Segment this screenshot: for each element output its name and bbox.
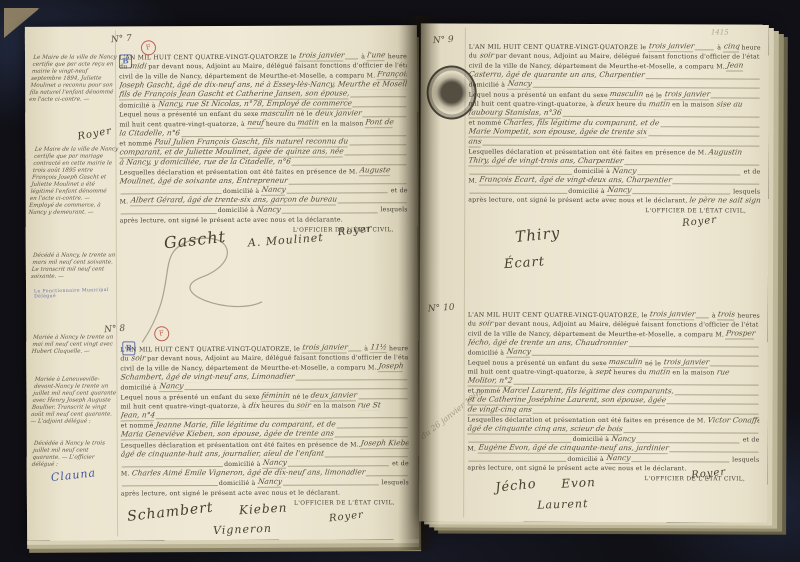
handwritten-text: féminin: [261, 392, 291, 402]
printed-text: Lequel nous a présenté un enfant du sexe: [120, 393, 261, 402]
handwritten-text: Charles Aimé Émile Vigneron, âgé de dix-…: [131, 468, 366, 479]
handwritten-text: Charles, fils légitime du comparant, et …: [503, 119, 660, 129]
signature-thiry: Thiry: [514, 224, 561, 246]
text-line: Thiry, âgé de vingt-trois ans, Charpenti…: [468, 157, 760, 168]
handwritten-text: masculin: [260, 109, 295, 119]
margin-note-legitimation: Le Maire de la ville de Nancy certifie q…: [28, 146, 119, 216]
printed-text: domicilié à: [567, 455, 606, 463]
printed-text: après lecture, ont signé le présent acte…: [467, 465, 686, 474]
text-line: domicilié à Nancy: [468, 348, 760, 359]
blank-rule: [286, 193, 387, 194]
left-page: N° 7 B F Le Maire de la ville de Nancy c…: [25, 25, 419, 541]
blank-rule: [352, 106, 406, 107]
printed-text: lesquels: [379, 479, 408, 487]
act-9-text: L'AN MIL HUIT CENT QUATRE-VINGT-QUATORZE…: [468, 42, 761, 206]
blank-rule: [345, 154, 407, 155]
blank-rule: [695, 49, 714, 50]
handwritten-text: Nancy: [256, 205, 281, 215]
handwritten-text: trois janvier: [649, 310, 696, 320]
text-line: après lecture, ont signé le présent acte…: [121, 487, 409, 498]
handwritten-text: à Nancy, y domiciliée, rue de la Citadel…: [119, 157, 291, 167]
act-9: L'AN MIL HUIT CENT QUATRE-VINGT-QUATORZE…: [468, 42, 761, 215]
handwritten-text: Marie Nompetit, son épouse, âgée de tren…: [468, 128, 647, 138]
printed-text: domicilié à: [469, 82, 508, 90]
handwritten-text: trois janvier: [663, 358, 710, 368]
printed-text: et nommé: [469, 120, 504, 128]
printed-text: M.: [467, 445, 478, 453]
handwritten-text: matin: [297, 119, 320, 129]
text-line: Marie Nompetit, son épouse, âgée de tren…: [468, 128, 760, 139]
handwritten-text: soir: [478, 319, 494, 329]
blank-rule: [325, 456, 408, 457]
text-line: L'AN MIL HUIT CENT QUATRE-VINGT-QUATORZE…: [119, 51, 407, 62]
signature-officer-act9: Royer: [682, 215, 718, 229]
printed-text: né le: [294, 111, 315, 119]
signature-evon: Evon: [561, 475, 596, 491]
printed-text: lesquels: [731, 188, 760, 196]
handwritten-text: Marcel Laurent, fils légitime des compar…: [502, 387, 675, 397]
printed-text: Lequel nous a présenté un enfant du sexe: [469, 91, 610, 99]
blank-rule: [533, 413, 759, 415]
handwritten-text: Nancy: [261, 186, 286, 196]
corner-pencil-note: 1415: [711, 28, 729, 36]
handwritten-text: 11½: [370, 343, 388, 353]
blank-rule: [696, 317, 709, 318]
signature-kieben: Kieben: [239, 500, 288, 517]
signature-officer-act8: Royer: [329, 510, 365, 525]
text-line: de vingt-cinq ans: [468, 405, 760, 416]
handwritten-text: trois janvier: [648, 42, 695, 52]
signature-vigneron: Vigneron: [213, 522, 272, 537]
blank-rule: [513, 384, 758, 386]
blank-rule: [660, 126, 759, 127]
blank-rule: [349, 145, 406, 146]
handwritten-text: âgé de cinquante cinq ans, scieur de boi…: [467, 425, 623, 435]
printed-text: et nommé: [468, 388, 503, 396]
handwritten-text: dix: [248, 401, 261, 411]
handwritten-text: deux janvier: [314, 109, 362, 119]
printed-text: par devant nous, Adjoint au Maire, délég…: [145, 354, 408, 363]
margin-note-marriage-1: Mariée à Nancy le trente un mai mil neuf…: [31, 334, 117, 355]
act-10-number: N° 10: [428, 303, 455, 315]
handwritten-text: Jean: [726, 62, 744, 72]
text-line: du midi par devant nous, Adjoint au Mair…: [119, 61, 407, 72]
printed-text: par devant nous, Adjoint au Maire, délég…: [146, 62, 407, 71]
text-line: L'AN MIL HUIT CENT QUATRE-VINGT-QUATORZE…: [468, 310, 760, 321]
blank-rule: [337, 427, 408, 428]
printed-text: en la maison: [670, 101, 716, 109]
blank-rule: [362, 116, 406, 117]
blank-rule: [350, 97, 406, 98]
printed-text: après lecture, ont signé le présent acte…: [468, 197, 689, 206]
handwritten-text: Nancy: [606, 186, 631, 196]
printed-text: heures du: [611, 369, 649, 377]
act-9-number: N° 9: [433, 35, 455, 46]
handwritten-text: la Citadelle, n°6: [119, 129, 180, 139]
blank-rule: [531, 355, 758, 357]
printed-text: par devant nous, Adjoint au Maire, délég…: [492, 321, 758, 330]
handwritten-text: deux: [596, 100, 615, 110]
signature-moulinet: A. Moulinet: [247, 231, 324, 250]
handwritten-text: soir: [130, 354, 145, 364]
printed-text: en la maison: [670, 369, 716, 377]
printed-text: domicilié à: [219, 480, 258, 488]
printed-text: heures du: [260, 403, 298, 411]
text-line: Lequel nous a présenté un enfant du sexe…: [468, 358, 760, 369]
blank-rule: [122, 485, 218, 486]
handwritten-text: de vingt-cinq ans: [468, 406, 533, 416]
printed-text: en la maison: [319, 120, 365, 128]
handwritten-text: Nancy: [612, 167, 637, 177]
handwritten-text: comparant, et de Juliette Moulinet, âgée…: [119, 147, 344, 157]
printed-text: heure: [386, 53, 407, 61]
text-line: âgé de cinquante cinq ans, scieur de boi…: [467, 425, 759, 436]
blank-rule: [469, 173, 572, 174]
handwritten-text: Joseph: [378, 362, 404, 372]
text-line: M. François Écart, âgé de vingt-deux ans…: [468, 176, 760, 187]
blank-rule: [281, 212, 377, 213]
handwritten-text: Jécho, âgé de trente un ans, Chaudronnie…: [468, 338, 628, 348]
handwritten-text: Nancy: [158, 383, 183, 393]
handwritten-text: matin: [648, 368, 671, 378]
blank-rule: [673, 184, 760, 185]
handwritten-text: Auguste: [359, 166, 391, 176]
text-line: Lesquelles déclaration et présentation o…: [119, 166, 407, 177]
text-line: après lecture, ont signé le présent acte…: [468, 195, 760, 206]
right-page: 1415 N° 9 L'AN MIL HUIT CENT QUATRE-VING…: [419, 23, 769, 522]
handwritten-text: soir: [479, 51, 495, 61]
blank-rule: [349, 350, 362, 351]
blank-rule: [646, 78, 760, 79]
printed-text: domicilié à: [568, 187, 607, 195]
printed-text: par devant nous, Adjoint au Maire, délég…: [493, 53, 759, 62]
printed-text: domicilié à: [468, 350, 507, 358]
blank-rule: [338, 202, 407, 203]
blank-rule: [468, 441, 571, 442]
printed-text: après lecture, ont signé le présent acte…: [120, 216, 343, 225]
blank-rule: [628, 346, 758, 347]
handwritten-text: ans: [468, 138, 482, 148]
handwritten-text: soir: [296, 401, 311, 411]
text-line: Lequel nous a présenté un enfant du sexe…: [469, 90, 761, 101]
handwritten-text: trois janvier: [664, 90, 711, 100]
handwritten-text: Augustin: [708, 148, 743, 158]
handwritten-text: Nancy: [506, 348, 531, 358]
handwritten-text: faubourg Stanislas, n°36: [469, 109, 563, 119]
margin-note-marriage-2: Mariée à Laneuveville-devant-Nancy le tr…: [30, 376, 119, 425]
delegate-signature-blue: Clauna: [50, 466, 96, 484]
handwritten-text: Nancy: [262, 459, 287, 469]
printed-text: et de: [389, 187, 408, 195]
handwritten-text: Eugène Evon, âgé de cinquante-neuf ans, …: [478, 444, 670, 454]
margin-note-recognition: Le Maire de la ville de Nancy certifie q…: [29, 54, 118, 103]
printed-text: du: [120, 356, 131, 364]
handwritten-text: neuf: [246, 119, 264, 129]
handwritten-text: Jean, n°4: [121, 412, 156, 422]
printed-text: heure du: [264, 120, 298, 128]
printed-text: mil huit cent quatre-vingt-quatorze, à: [121, 403, 249, 412]
handwritten-text: Victor Conaffé: [707, 416, 759, 426]
printed-text: domicilié à: [573, 436, 612, 444]
printed-text: L'AN MIL HUIT CENT QUATRE-VINGT-QUATORZE…: [468, 311, 650, 320]
blank-rule: [562, 116, 759, 118]
handwritten-text: Molitor, n°2: [468, 377, 513, 387]
handwritten-text: Prosper: [726, 330, 757, 340]
handwritten-text: l'une: [367, 51, 387, 61]
printed-text: L'AN MIL HUIT CENT QUATRE-VINGT-QUATORZE…: [119, 53, 299, 62]
printed-text: et de: [390, 460, 409, 468]
printed-text: M.: [120, 198, 131, 206]
margin-signature: Royer: [77, 126, 113, 143]
printed-text: et de: [741, 437, 760, 445]
text-line: domicilié à Nancy: [469, 80, 761, 91]
blank-rule: [675, 394, 759, 395]
blank-rule: [631, 461, 729, 462]
handwritten-text: François Écart, âgé de vingt-deux ans, C…: [479, 176, 673, 186]
printed-text: domicilié à: [120, 384, 159, 392]
blank-rule: [468, 461, 566, 462]
printed-text: L'AN MIL HUIT CENT QUATRE-VINGT-QUATORZE…: [469, 43, 649, 52]
handwritten-text: Nancy: [507, 80, 532, 90]
text-line: du soir par devant nous, Adjoint au Mair…: [120, 353, 408, 364]
handwritten-text: sise au: [716, 100, 743, 110]
printed-text: lesquels: [378, 206, 407, 214]
blank-rule: [282, 485, 378, 486]
handwritten-text: trois janvier: [298, 52, 345, 62]
blank-rule: [636, 442, 739, 443]
printed-text: domicilié à: [224, 461, 263, 469]
blank-rule: [624, 164, 759, 165]
printed-text: domicilié à: [218, 207, 257, 215]
printed-text: en la maison: [311, 403, 357, 411]
handwritten-text: sept: [595, 368, 612, 378]
text-line: mil huit cent quatre-vingt-quatorze, à n…: [119, 118, 407, 129]
printed-text: domicilié à: [574, 168, 613, 176]
text-line: Joseph Gascht, âgé de dix-neuf ans, né à…: [119, 80, 407, 91]
handwritten-text: trois: [717, 311, 735, 321]
act-7-number: N° 7: [111, 34, 133, 46]
handwritten-text: Nancy: [257, 478, 282, 488]
handwritten-text: trois janvier: [301, 344, 348, 354]
blank-rule: [292, 164, 407, 166]
handwritten-text: Nancy: [611, 435, 636, 445]
handwritten-text: rue St: [357, 401, 381, 411]
printed-text: heures: [735, 312, 760, 320]
signature-laurent: Laurent: [537, 497, 589, 512]
printed-text: mil huit cent quatre-vingt-quatorze, à: [119, 121, 247, 130]
blank-rule: [637, 174, 740, 175]
act-10-text: L'AN MIL HUIT CENT QUATRE-VINGT-QUATORZE…: [467, 310, 760, 474]
printed-text: heure: [387, 345, 408, 353]
blank-rule: [358, 398, 407, 399]
blank-rule: [632, 193, 730, 194]
municipal-stamp: Le Fonctionnaire Municipal Délégué: [34, 288, 118, 300]
handwritten-text: Schambert, âgé de vingt-neuf ans, Limona…: [120, 373, 295, 383]
act-8-text: L'AN MIL HUIT CENT QUATRE-VINGT-QUATORZE…: [120, 343, 409, 498]
blank-rule: [623, 432, 758, 433]
printed-text: Lequel nous a présenté un enfant du sexe: [119, 111, 260, 120]
text-line: L'AN MIL HUIT CENT QUATRE-VINGT-QUATORZE…: [469, 42, 761, 53]
handwritten-text: Joseph Kieben: [360, 439, 408, 449]
signature-jecho: Jécho: [495, 477, 538, 496]
printed-text: né le: [644, 92, 665, 100]
printed-text: du: [468, 321, 479, 329]
handwritten-text: François: [377, 70, 407, 80]
blank-rule: [121, 193, 222, 194]
printed-text: du: [119, 64, 130, 72]
printed-text: heure: [739, 44, 760, 52]
printed-text: M.: [121, 471, 132, 479]
printed-text: né le: [643, 360, 664, 368]
blank-rule: [121, 213, 217, 214]
blank-rule: [345, 58, 358, 59]
text-line: mil huit cent quatre-vingt-quatorze, à d…: [121, 401, 409, 412]
blank-rule: [710, 365, 759, 366]
printed-text: et nommé: [119, 140, 154, 148]
margin-note-death: Décédé à Nancy, le trente un mars mil ne…: [31, 252, 118, 280]
handwritten-text: Thiry, âgé de vingt-trois ans, Charpenti…: [468, 157, 624, 167]
handwritten-text: Albert Gérard, âgé de trente-six ans, ga…: [130, 195, 338, 205]
handwritten-text: Nancy: [605, 454, 630, 464]
handwritten-text: matin: [648, 100, 671, 110]
book-cover: N° 7 B F Le Maire de la ville de Nancy c…: [0, 0, 800, 562]
printed-text: et nommé: [121, 423, 156, 431]
act-10: L'AN MIL HUIT CENT QUATRE-VINGT-QUATORZE…: [467, 310, 760, 483]
printed-text: domicilié à: [223, 188, 262, 196]
blank-rule: [711, 97, 760, 98]
handwritten-text: midi: [129, 62, 147, 72]
handwritten-text: masculin: [608, 358, 643, 368]
act-7-text: L'AN MIL HUIT CENT QUATRE-VINGT-QUATORZE…: [119, 51, 408, 225]
text-line: L'AN MIL HUIT CENT QUATRE-VINGT-QUATORZE…: [120, 343, 408, 354]
blank-rule: [469, 193, 567, 194]
blank-rule: [288, 465, 389, 466]
printed-text: M.: [468, 177, 479, 185]
printed-text: heure du: [614, 101, 648, 109]
handwritten-text: Casterra, âgé de quarante un ans, Charpe…: [469, 70, 646, 80]
handwritten-text: masculin: [609, 90, 644, 100]
handwritten-text: deux janvier: [310, 391, 358, 401]
printed-text: après lecture, ont signé le présent acte…: [121, 489, 340, 498]
handwritten-text: Pont de: [365, 118, 395, 128]
printed-text: et de: [741, 169, 760, 177]
blank-rule: [667, 404, 759, 405]
printed-text: lesquels: [730, 456, 759, 464]
blank-rule: [335, 437, 408, 438]
text-line: du soir par devant nous, Adjoint au Mair…: [469, 51, 761, 62]
blank-rule: [670, 452, 759, 453]
printed-text: Lequel nous a présenté un enfant du sexe: [468, 359, 609, 367]
text-line: du soir par devant nous, Adjoint au Mair…: [468, 319, 760, 330]
blank-rule: [532, 87, 759, 89]
handwritten-text: âgé de cinquante-huit ans, journalier, a…: [121, 449, 325, 459]
printed-text: né le: [290, 393, 311, 401]
act-7: L'AN MIL HUIT CENT QUATRE-VINGT-QUATORZE…: [119, 51, 408, 234]
handwritten-text: rue: [716, 368, 730, 378]
red-f-stamp-2: F: [153, 325, 171, 343]
blank-rule: [295, 379, 407, 380]
text-line: M. Eugène Evon, âgé de cinquante-neuf an…: [467, 444, 759, 455]
blank-rule: [366, 475, 408, 476]
printed-text: du: [469, 53, 480, 61]
handwritten-text: cinq: [723, 43, 740, 53]
blank-rule: [289, 183, 407, 185]
handwritten-text: le père ne sait signer.: [689, 196, 760, 206]
blank-rule: [648, 136, 760, 137]
blank-rule: [122, 466, 223, 467]
printed-text: domicilié à: [119, 102, 158, 110]
signature-officer-act7: Royer: [337, 224, 373, 239]
signature-ecart: Écart: [504, 254, 546, 272]
act-8: L'AN MIL HUIT CENT QUATRE-VINGT-QUATORZE…: [120, 343, 409, 507]
printed-text: L'AN MIL HUIT CENT QUATRE-VINGT-QUATORZE…: [120, 345, 302, 354]
handwritten-text: Maria Geneviève Kieben, son épouse, âgée…: [121, 430, 335, 440]
margin-note-death-2: Décédée à Nancy le trois juillet mil neu…: [31, 440, 118, 468]
